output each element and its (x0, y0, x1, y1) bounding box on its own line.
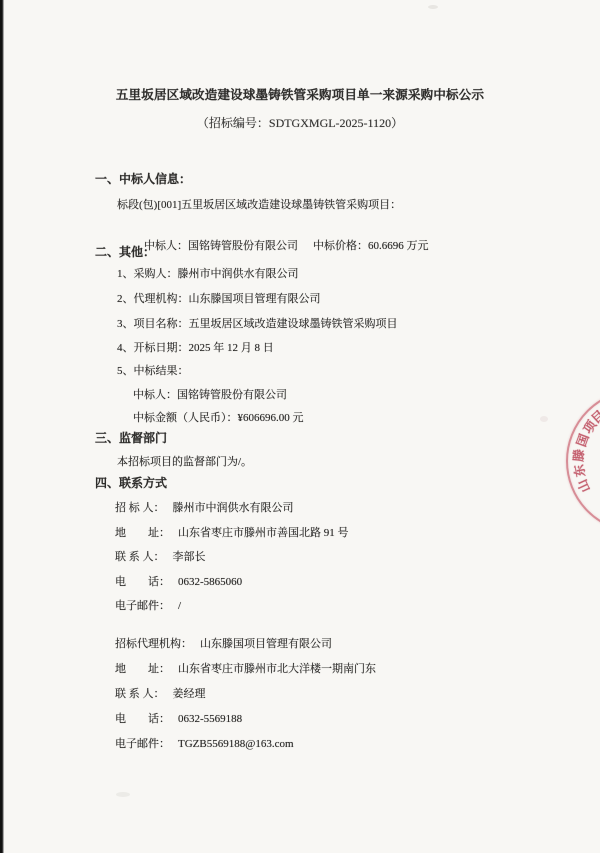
row-value: 李部长 (173, 549, 206, 565)
tenderer-phone-row: 电 话： 0632-5865060 (115, 574, 242, 590)
row-label: 地 址： (115, 661, 170, 677)
row-value: TGZB5569188@163.com (178, 736, 294, 752)
row-label: 电 话： (115, 574, 170, 590)
row-label: 电 话： (115, 711, 170, 727)
seal-character: 滕 (572, 448, 586, 462)
tenderer-address-row: 地 址： 山东省枣庄市滕州市善国北路 91 号 (115, 525, 349, 541)
row-label: 招标代理机构： (115, 636, 192, 652)
tender-number-subtitle: （招标编号：SDTGXMGL-2025-1120） (0, 115, 600, 131)
section4-heading: 四、联系方式 (95, 475, 167, 491)
row-value: 0632-5569188 (178, 711, 242, 727)
document-title: 五里坂居区域改造建设球墨铸铁管采购项目单一来源采购中标公示 (0, 87, 600, 103)
winner-price-line: 中标人：国铭铸管股份有限公司中标价格：60.6696 万元 (133, 222, 429, 270)
row-label: 电子邮件： (115, 736, 170, 752)
row-label: 地 址： (115, 525, 170, 541)
tenderer-name-row: 招 标 人： 滕州市中润供水有限公司 (115, 500, 294, 516)
item-open-date: 4、开标日期：2025 年 12 月 8 日 (117, 340, 274, 356)
lot-line: 标段(包)[001]五里坂居区域改造建设球墨铸铁管采购项目： (117, 197, 401, 213)
seal-character: 东 (573, 463, 588, 478)
winner-name: 中标人：国铭铸管股份有限公司 (144, 240, 298, 252)
result-amount: 中标金额（人民币）：¥606696.00 元 (133, 410, 304, 426)
agency-address-row: 地 址： 山东省枣庄市滕州市北大洋楼一期南门东 (115, 661, 376, 677)
row-value: 0632-5865060 (178, 574, 242, 590)
row-value: 滕州市中润供水有限公司 (173, 500, 294, 516)
section3-heading: 三、监督部门 (95, 430, 167, 446)
row-label: 电子邮件： (115, 598, 170, 614)
tenderer-contact-row: 联 系 人： 李部长 (115, 549, 206, 565)
row-label: 招 标 人： (115, 500, 165, 516)
section1-heading: 一、中标人信息： (95, 171, 191, 187)
scan-smudge (540, 416, 548, 422)
agency-phone-row: 电 话： 0632-5569188 (115, 711, 242, 727)
item-agency: 2、代理机构：山东滕国项目管理有限公司 (117, 291, 321, 307)
row-value: 山东省枣庄市滕州市北大洋楼一期南门东 (178, 661, 376, 677)
supervision-body: 本招标项目的监督部门为/。 (117, 454, 252, 470)
item-project-name: 3、项目名称：五里坂居区域改造建设球墨铸铁管采购项目 (117, 316, 398, 332)
row-value: / (178, 598, 181, 614)
row-label: 联 系 人： (115, 686, 165, 702)
result-winner: 中标人：国铭铸管股份有限公司 (133, 387, 287, 403)
agency-name-row: 招标代理机构： 山东滕国项目管理有限公司 (115, 636, 332, 652)
scanned-document-page: 五里坂居区域改造建设球墨铸铁管采购项目单一来源采购中标公示 （招标编号：SDTG… (0, 0, 600, 853)
row-value: 姜经理 (173, 686, 206, 702)
winner-price: 中标价格：60.6696 万元 (313, 240, 429, 252)
row-value: 山东滕国项目管理有限公司 (200, 636, 332, 652)
row-label: 联 系 人： (115, 549, 165, 565)
tenderer-email-row: 电子邮件： / (115, 598, 181, 614)
row-value: 山东省枣庄市滕州市善国北路 91 号 (178, 525, 349, 541)
scan-smudge (428, 5, 438, 9)
item-purchaser: 1、采购人：滕州市中润供水有限公司 (117, 266, 299, 282)
scan-smudge (116, 792, 130, 797)
agency-contact-row: 联 系 人： 姜经理 (115, 686, 206, 702)
section2-heading: 二、其他： (95, 244, 155, 260)
item-result: 5、中标结果： (117, 363, 189, 379)
agency-email-row: 电子邮件： TGZB5569188@163.com (115, 736, 294, 752)
